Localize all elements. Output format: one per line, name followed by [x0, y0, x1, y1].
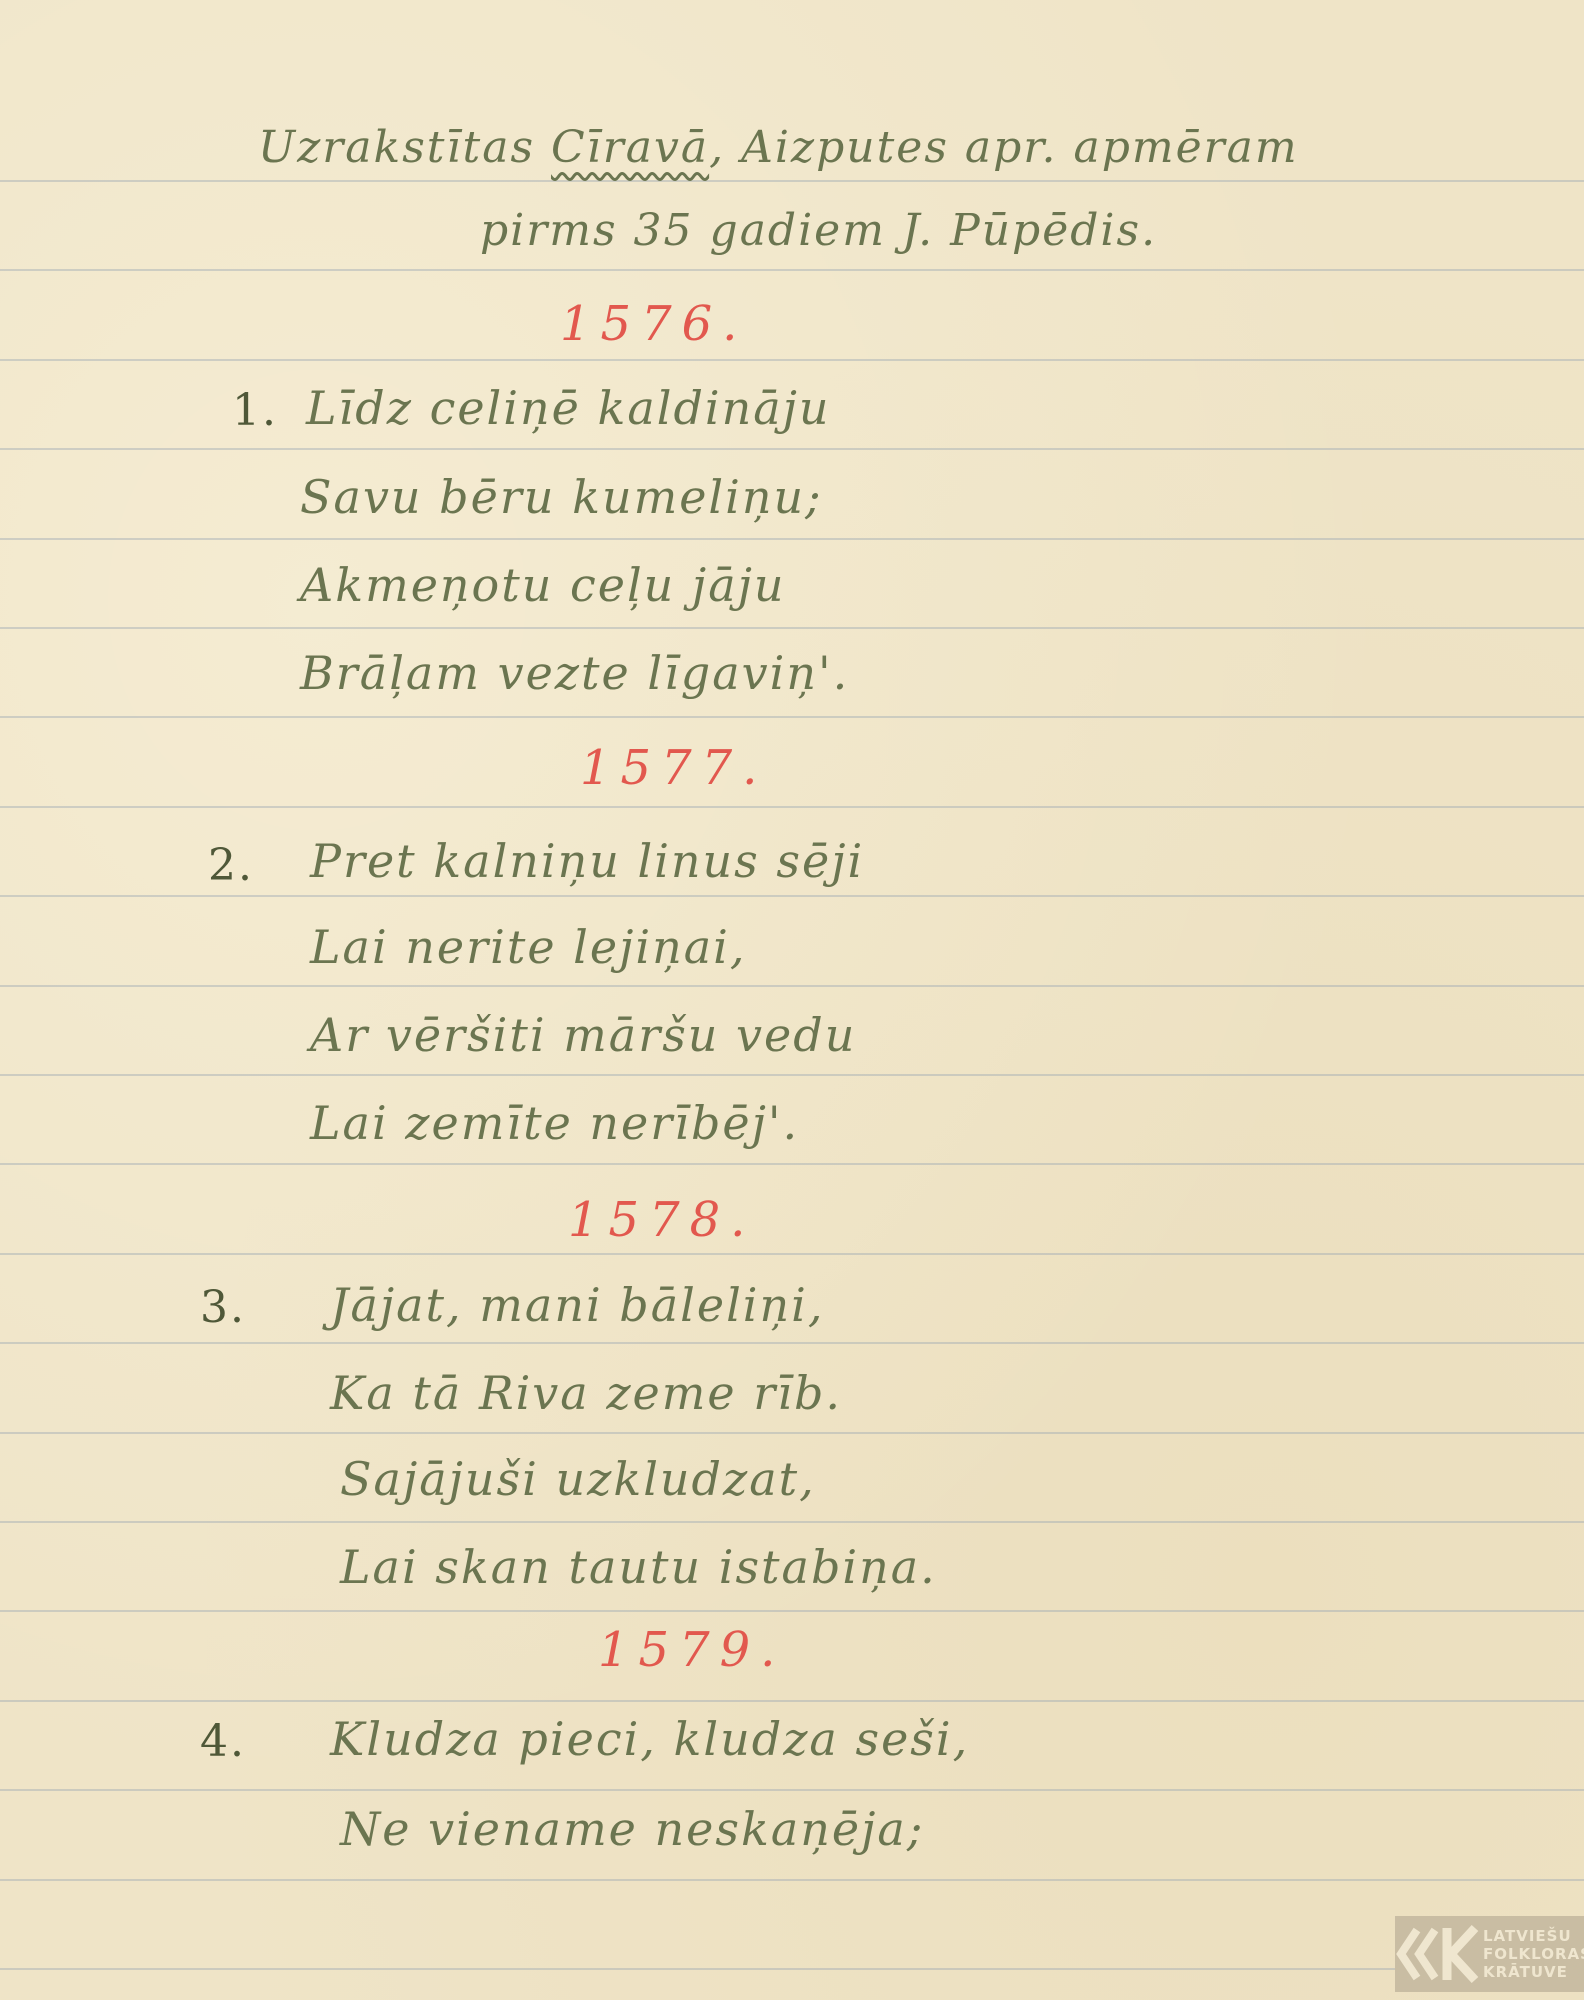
verse-line: Kludza pieci, kludza seši,	[330, 1712, 969, 1766]
ruled-line	[0, 1789, 1584, 1791]
verse-line: Akmeņotu ceļu jāju	[300, 558, 786, 612]
ruled-line	[0, 1074, 1584, 1076]
logo-line: FOLKLORAS	[1483, 1945, 1584, 1963]
verse-line: Ne viename neskaņēja;	[340, 1802, 924, 1856]
catalog-number: 1579.	[598, 1622, 785, 1678]
ruled-line	[0, 1879, 1584, 1881]
verse-line: Lai skan tautu istabiņa.	[340, 1540, 937, 1594]
catalog-number: 1577.	[580, 740, 767, 796]
verse-line: Ar vēršiti māršu vedu	[310, 1008, 856, 1062]
ruled-line	[0, 538, 1584, 540]
ruled-line	[0, 806, 1584, 808]
verse-line: Brāļam vezte līgaviņ'.	[300, 646, 849, 700]
verse-line: Līdz celiņē kaldināju	[306, 381, 831, 435]
ruled-line	[0, 1253, 1584, 1255]
ruled-line	[0, 1700, 1584, 1702]
place-name: Cīravā	[551, 122, 709, 173]
logo-line: KRĀTUVE	[1483, 1963, 1584, 1981]
verse-line: Ka tā Riva zeme rīb.	[330, 1366, 842, 1420]
verse-line: Savu bēru kumeliņu;	[300, 470, 823, 524]
header-line-1: Uzrakstītas Cīravā, Aizputes apr. apmēra…	[258, 122, 1299, 173]
ruled-line	[0, 985, 1584, 987]
logo-text: LATVIEŠU FOLKLORAS KRĀTUVE	[1483, 1927, 1584, 1981]
header-line-2: pirms 35 gadiem J. Pūpēdis.	[480, 205, 1157, 256]
header-text: Uzrakstītas	[258, 122, 551, 173]
logo-line: LATVIEŠU	[1483, 1927, 1584, 1945]
ruled-line	[0, 716, 1584, 718]
verse-line: Pret kalniņu linus sēji	[310, 834, 864, 888]
ruled-line	[0, 448, 1584, 450]
ruled-line	[0, 180, 1584, 182]
ruled-line	[0, 269, 1584, 271]
song-number: 4.	[200, 1716, 246, 1767]
ruled-line	[0, 627, 1584, 629]
ruled-line	[0, 1342, 1584, 1344]
verse-line: Jājat, mani bāleliņi,	[330, 1278, 824, 1332]
song-number: 2.	[208, 840, 254, 891]
manuscript-page: Uzrakstītas Cīravā, Aizputes apr. apmēra…	[0, 0, 1584, 2000]
song-number: 3.	[200, 1282, 246, 1333]
ruled-line	[0, 1610, 1584, 1612]
song-number: 1.	[232, 385, 278, 436]
verse-line: Lai nerite lejiņai,	[310, 920, 746, 974]
verse-line: Lai zemīte nerībēj'.	[310, 1096, 799, 1150]
ruled-line	[0, 359, 1584, 361]
ruled-line	[0, 1521, 1584, 1523]
ruled-line	[0, 1163, 1584, 1165]
folklore-archive-logo: LATVIEŠU FOLKLORAS KRĀTUVE	[1395, 1916, 1584, 1992]
header-text: , Aizputes apr. apmēram	[709, 122, 1299, 173]
verse-line: Sajājuši uzkludzat,	[340, 1452, 816, 1506]
lfk-monogram-icon	[1395, 1916, 1483, 1992]
ruled-line	[0, 895, 1584, 897]
catalog-number: 1578.	[568, 1192, 755, 1248]
catalog-number: 1576.	[560, 296, 747, 352]
ruled-line	[0, 1432, 1584, 1434]
ruled-line	[0, 1968, 1584, 1970]
